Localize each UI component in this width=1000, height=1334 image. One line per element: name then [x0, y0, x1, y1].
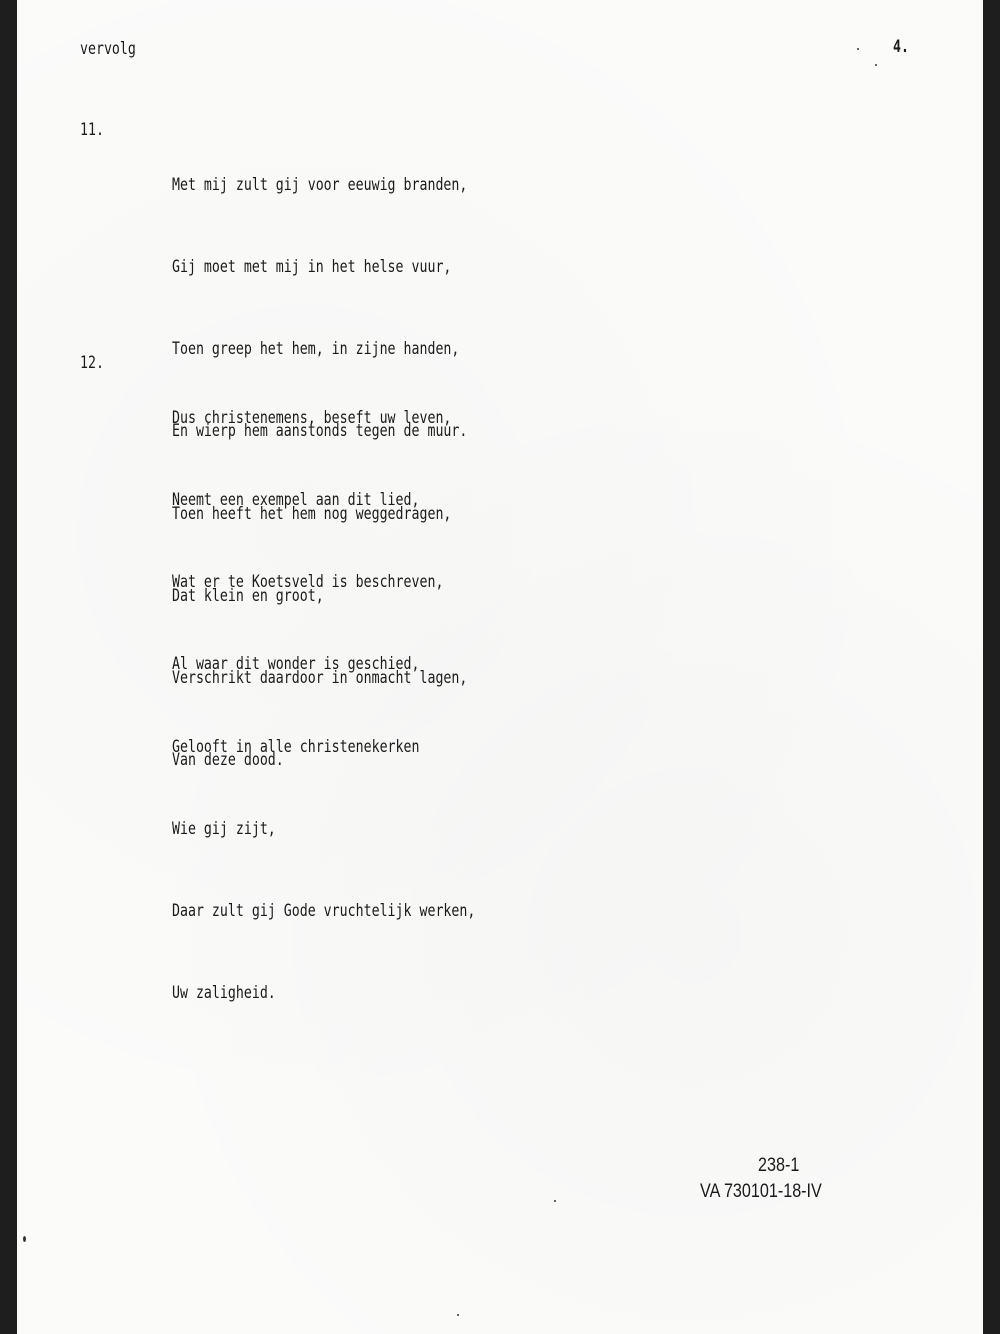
paper-sheet: vervolg 4. 11. Met mij zult gij voor eeu…	[17, 0, 983, 1334]
scan-speck	[875, 64, 877, 66]
scan-speck	[554, 1200, 556, 1202]
verse-line: Met mij zult gij voor eeuwig branden,	[172, 172, 467, 199]
scan-speck	[857, 48, 859, 50]
verse-line: Wie gij zijt,	[172, 816, 475, 843]
verse-12: Dus christenemens, beseft uw leven, Neem…	[172, 350, 475, 1063]
verse-line: Gij moet met mij in het helse vuur,	[172, 254, 467, 281]
catalog-number: 238-1	[758, 1155, 799, 1177]
page-number: 4.	[893, 34, 909, 61]
verse-line: Daar zult gij Gode vruchtelijk werken,	[172, 898, 475, 925]
verse-line: Dus christenemens, beseft uw leven,	[172, 405, 475, 432]
verse-number: 12.	[80, 350, 104, 377]
verse-line: Neemt een exempel aan dit lied,	[172, 487, 475, 514]
scan-speck	[457, 1314, 459, 1316]
verse-line: Wat er te Koetsveld is beschreven,	[172, 569, 475, 596]
verse-line: Uw zaligheid.	[172, 980, 475, 1007]
verse-number: 11.	[80, 117, 104, 144]
scanned-page: vervolg 4. 11. Met mij zult gij voor eeu…	[0, 0, 1000, 1334]
verse-line: Gelooft in alle christenekerken	[172, 734, 475, 761]
verse-line: Al waar dit wonder is geschied,	[172, 651, 475, 678]
scan-speck	[23, 1236, 26, 1242]
continuation-label: vervolg	[80, 36, 136, 63]
archive-code: VA 730101-18-IV	[700, 1181, 822, 1203]
